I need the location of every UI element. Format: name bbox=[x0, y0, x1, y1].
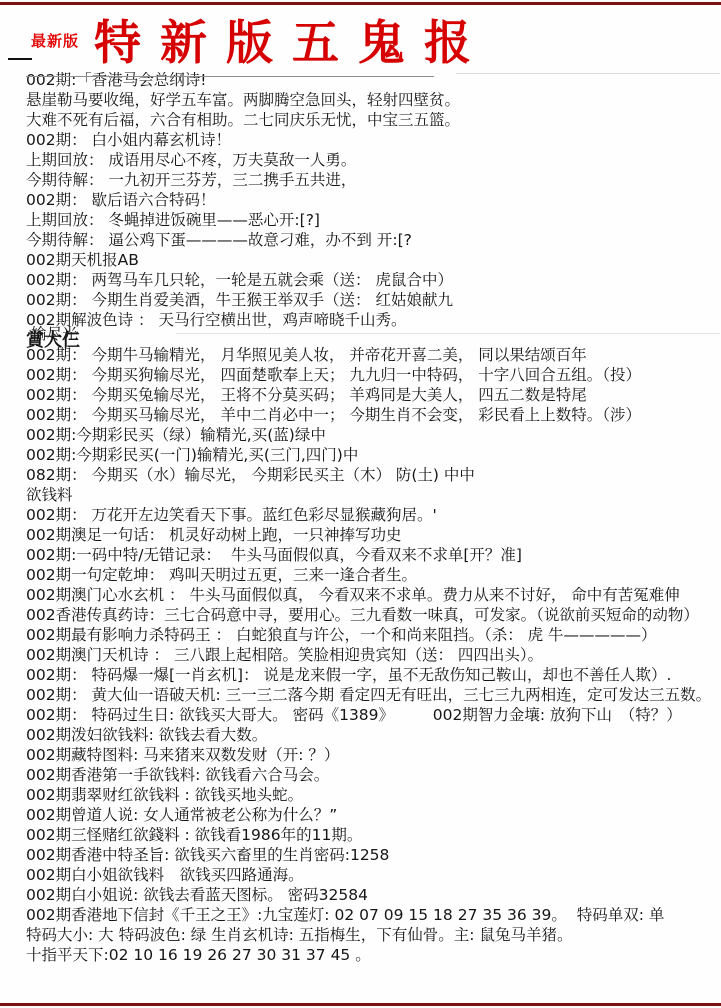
bottom-border-rule bbox=[0, 1003, 721, 1006]
text-line: 002期藏特图料: 马来猪来双数发财（开: ？） bbox=[26, 745, 720, 765]
text-line: 002期解波色诗 ： 天马行空横出世，鸡声啼晓千山秀。 bbox=[26, 310, 720, 330]
text-line: 002期： 歇后语六合特码！ bbox=[26, 190, 720, 210]
text-line: 002期： 两驾马车几只轮，一轮是五就会乘（送： 虎鼠合中） bbox=[26, 270, 720, 290]
top-border-rule bbox=[0, 2, 721, 5]
text-line: 002期： 特码爆一爆[一肖玄机]： 说是龙来假一字，虽不无敌伤知己鞍山，却也不… bbox=[26, 665, 720, 685]
newspaper-page: 最新版 特新版五鬼报 002期:「香港马会总纲诗! 悬崖勒马要收绳，好学五车富。… bbox=[0, 0, 721, 1008]
text-line: 002期翡翠财红欲钱料 : 欲钱买地头蛇。 bbox=[26, 785, 720, 805]
text-line: 002期： 特码过生日: 欲钱买大哥大。 密码《1389》 002期智力金壤: … bbox=[26, 705, 720, 725]
text-line: 002期曾道人说: 女人通常被老公称为什么？” bbox=[26, 805, 720, 825]
text-line: 002期白小姐说: 欲钱去看蓝天图标。 密码32584 bbox=[26, 885, 720, 905]
text-line: 002香港传真药诗：三七合码意中寻，要用心。三九看数一味真，可发家。（说欲前买短… bbox=[26, 605, 720, 625]
text-line: 002期： 黄大仙一语破天机: 三一三二落今期 看定四无有旺出，三七三九两相连，… bbox=[26, 685, 720, 705]
edition-label: 最新版 bbox=[31, 30, 79, 51]
text-line: 上期回放： 冬蝇掉进饭碗里——恶心开:[?] bbox=[26, 210, 720, 230]
document-body: 002期:「香港马会总纲诗! 悬崖勒马要收绳，好学五车富。两脚腾空急回头，轻射四… bbox=[26, 70, 720, 965]
text-line: 002期泼妇欲钱料: 欲钱去看大数。 bbox=[26, 725, 720, 745]
text-line: 002期： 今期买狗输尽光， 四面楚歌奉上天； 九九归一中特码， 十字八回合五组… bbox=[26, 365, 720, 385]
scan-artifact-line bbox=[176, 333, 720, 334]
text-line: 002期： 今期买马输尽光， 羊中二肖必中一； 今期生肖不会变， 彩民看上上数特… bbox=[26, 405, 720, 425]
text-line: 002期:今期彩民买（绿）输精光,买(蓝)绿中 bbox=[26, 425, 720, 445]
text-line: 002期香港中特圣旨: 欲钱买六畜里的生肖密码:1258 bbox=[26, 845, 720, 865]
page-title: 特新版五鬼报 bbox=[94, 6, 490, 73]
text-line: 002期一句定乾坤： 鸡叫天明过五更，三来一逢合者生。 bbox=[26, 565, 720, 585]
text-line: 002期： 今期生肖爱美酒，牛王猴王举双手（送： 红姑娘献九 bbox=[26, 290, 720, 310]
text-line: 002期： 今期牛马输精光， 月华照见美人妆， 并帝花开喜二美， 同以果结颂百年 bbox=[26, 345, 720, 365]
text-line: 002期:一码中特/无错记录： 牛头马面假似真，今看双来不求单[开？准] bbox=[26, 545, 720, 565]
garbled-text-top: 输尽光 bbox=[31, 325, 78, 343]
text-line: 002期澳门天机诗 ： 三八跟上起相陪。笑脸相迎贵宾知（送： 四四出头）。 bbox=[26, 645, 720, 665]
left-dash-mark bbox=[8, 58, 32, 60]
text-line: 002期三怪赌红欲錢料 : 欲钱看1986年的11期。 bbox=[26, 825, 720, 845]
text-line: 002期香港第一手欲钱料: 欲钱看六合马会。 bbox=[26, 765, 720, 785]
text-line: 002期澳门心水玄机 ： 牛头马面假似真， 今看双来不求单。费力从来不讨好， 命… bbox=[26, 585, 720, 605]
text-line: 大难不死有后福，六合有相助。二七同庆乐无忧，中宝三五篮。 bbox=[26, 110, 720, 130]
text-line: 002期:今期彩民买(一门)输精光,买(三门,四门)中 bbox=[26, 445, 720, 465]
text-line: 今期待解： 一九初开三芬芳，三二携手五共进， bbox=[26, 170, 720, 190]
text-line: 悬崖勒马要收绳，好学五车富。两脚腾空急回头，轻射四壁贫。 bbox=[26, 90, 720, 110]
text-line: 002期： 白小姐内幕玄机诗！ bbox=[26, 130, 720, 150]
text-line: 002期澳足一句话： 机灵好动树上跑，一只神捧写功史 bbox=[26, 525, 720, 545]
text-line: 002期最有影响力杀特码王 ： 白蛇狼直与许公，一个和尚来阻挡。（杀： 虎 牛—… bbox=[26, 625, 720, 645]
text-line: 002期： 今期买兔输尽光， 王将不分莫买码； 羊鸡同是大美人， 四五二数是特尾 bbox=[26, 385, 720, 405]
text-line: 欲钱料 bbox=[26, 485, 720, 505]
text-line: 002期白小姐欲钱料 欲钱买四路通海。 bbox=[26, 865, 720, 885]
text-line: 002期天机报AB bbox=[26, 250, 720, 270]
text-line: 082期： 今期买（水）输尽光， 今期彩民买主（木） 防(土) 中中 bbox=[26, 465, 720, 485]
text-line: 特码大小: 大 特码波色: 绿 生肖玄机诗: 五指梅生，下有仙骨。主: 鼠兔马羊… bbox=[26, 925, 720, 945]
text-line: 002期:「香港马会总纲诗! bbox=[26, 70, 720, 90]
text-line: 今期待解： 逼公鸡下蛋————故意刁难，办不到 开:[? bbox=[26, 230, 720, 250]
garbled-overlap-line: 賞大仨 输尽光 bbox=[26, 330, 720, 345]
text-line: 002期香港地下信封《千王之王》:九宝莲灯: 02 07 09 15 18 27… bbox=[26, 905, 720, 925]
text-line: 002期： 万花开左边笑看天下事。蓝红色彩尽显猴藏狗居。' bbox=[26, 505, 720, 525]
text-line: 十指平天下:02 10 16 19 26 27 30 31 37 45 。 bbox=[26, 945, 720, 965]
text-line: 上期回放： 成语用尽心不疼，万夫莫敌一人勇。 bbox=[26, 150, 720, 170]
